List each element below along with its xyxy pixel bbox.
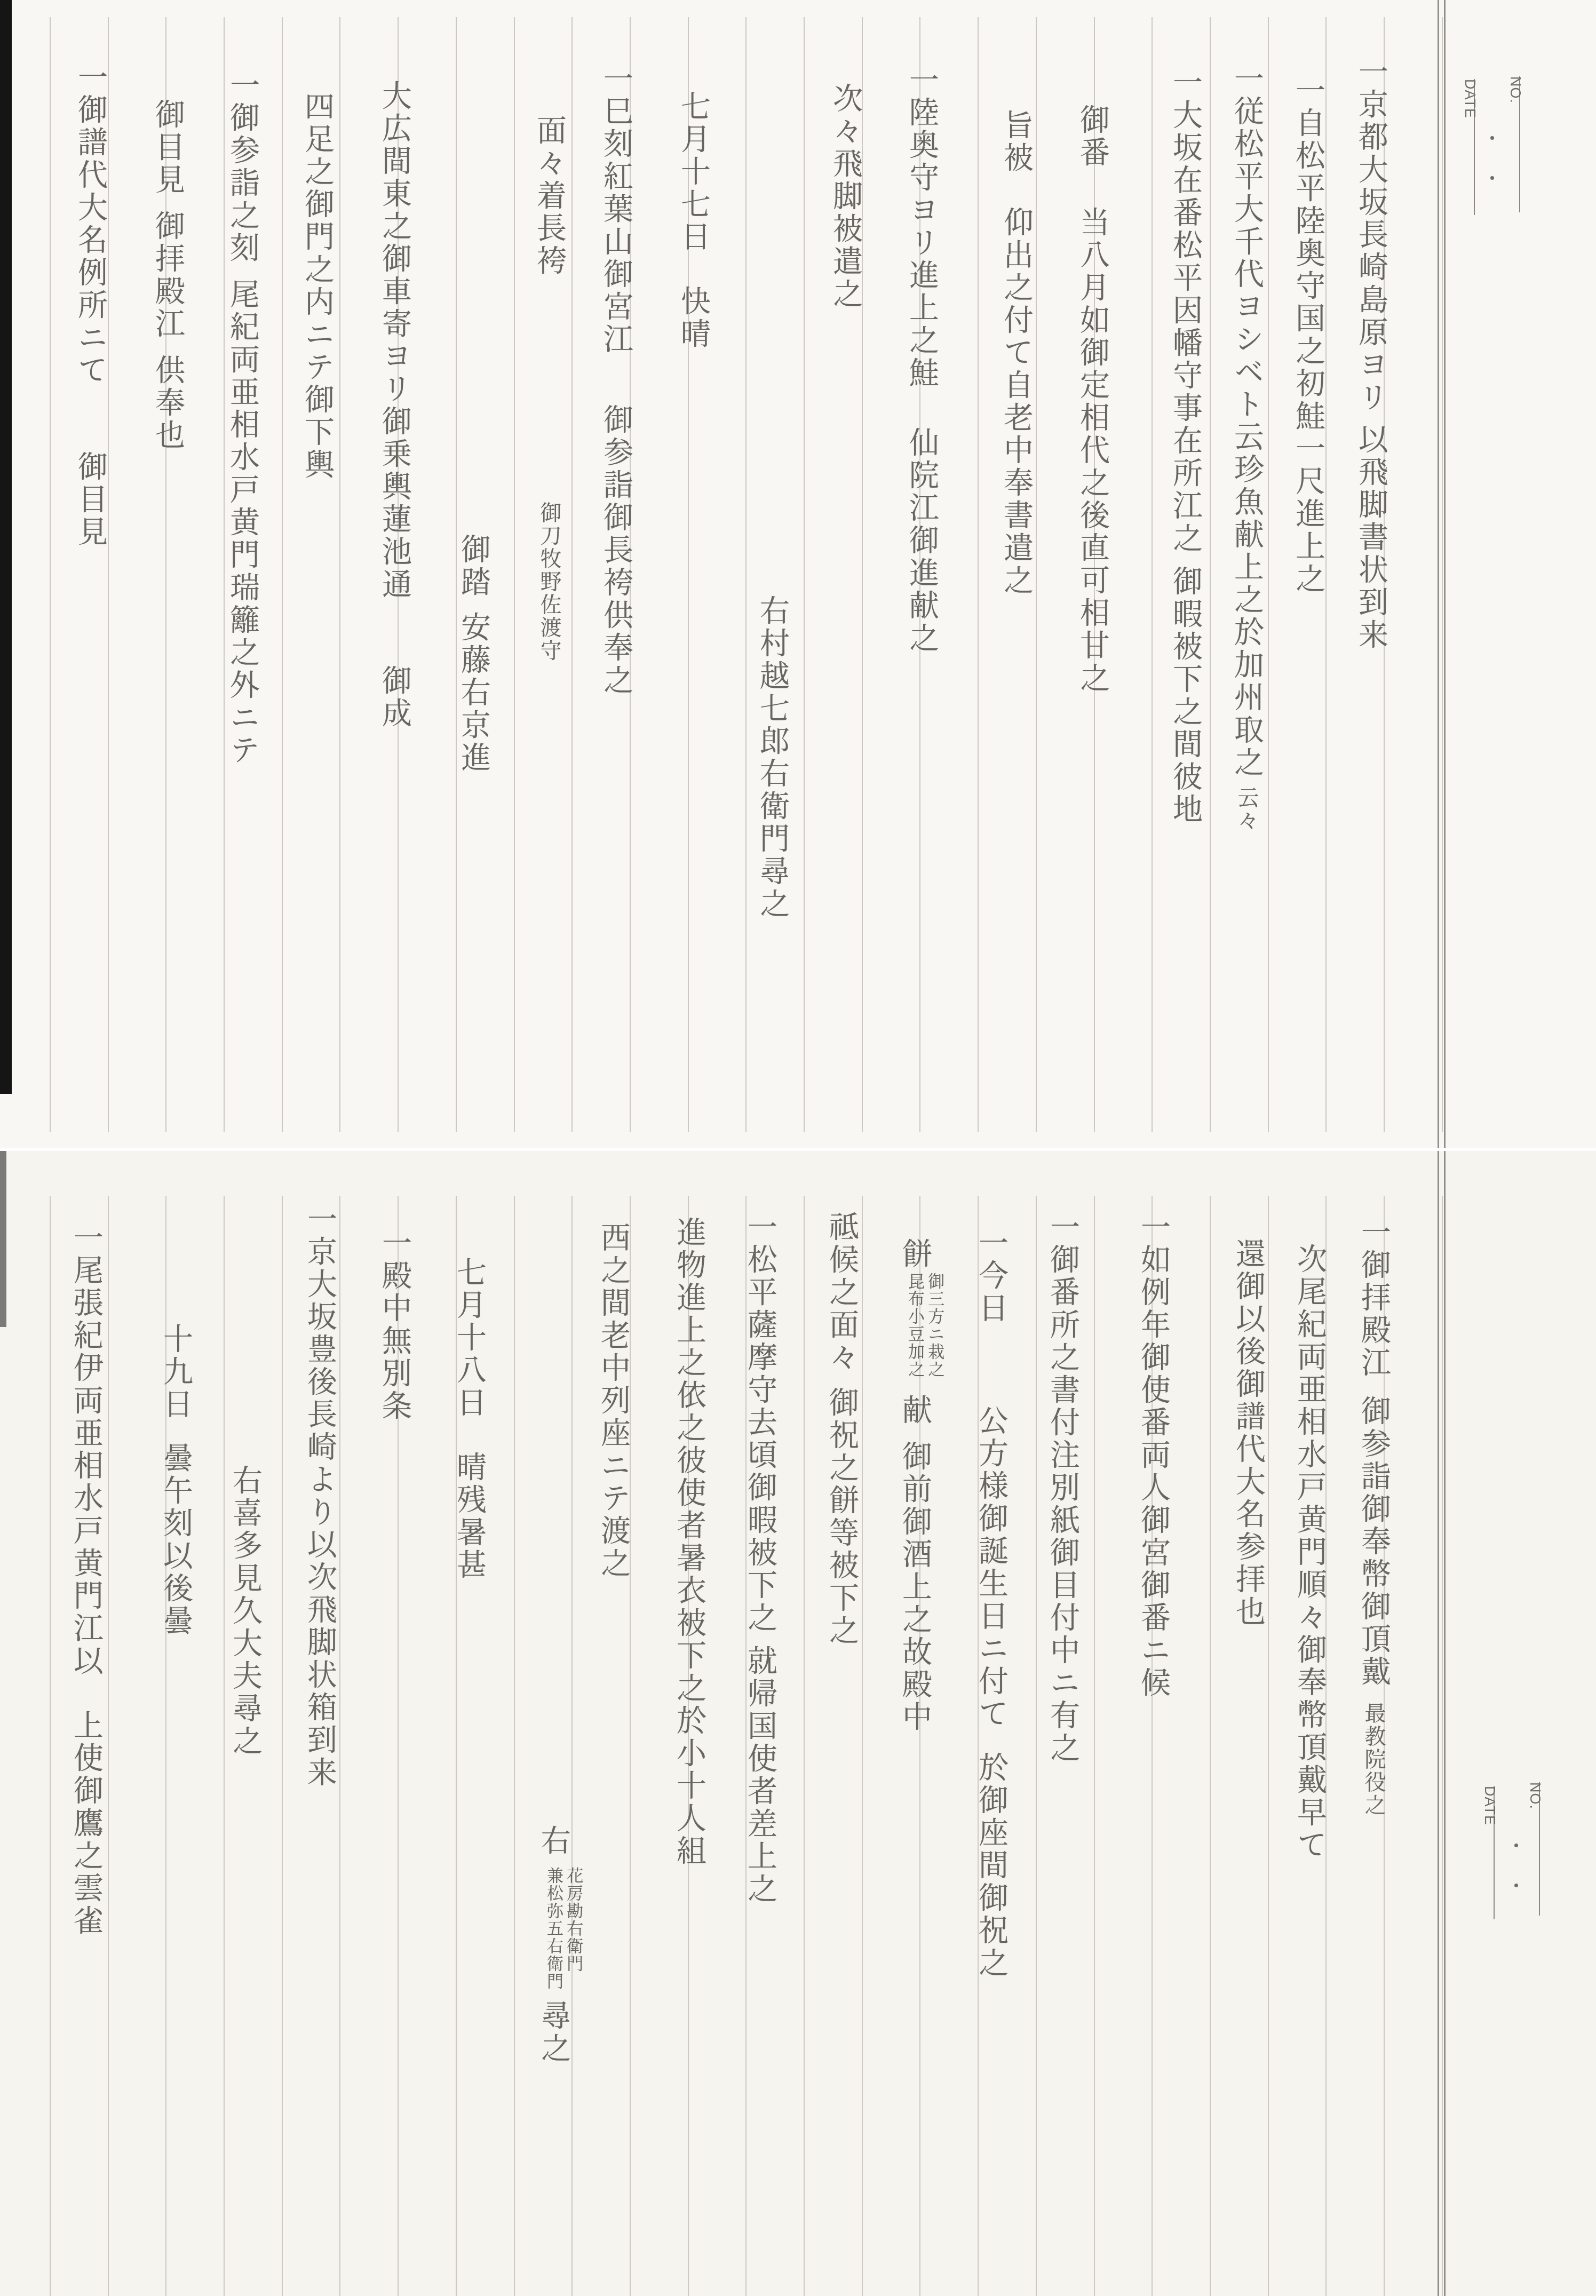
text-gap bbox=[85, 1678, 86, 1710]
manuscript-column: 七月十八日晴残暑甚 bbox=[450, 1257, 488, 1582]
text-run: 一松平薩摩守去頃御暇被下之 bbox=[743, 1211, 777, 1634]
text-run: 祗候之面々 bbox=[824, 1211, 859, 1374]
text-run: 一陸奥守ヨリ進上之鮭 bbox=[904, 64, 939, 390]
text-run: 御踏 bbox=[456, 534, 491, 599]
text-gap bbox=[990, 1730, 991, 1752]
text-run: 以飛脚書状到来 bbox=[1354, 424, 1388, 652]
text-run: 右 bbox=[536, 1825, 571, 1857]
text-gap bbox=[553, 1992, 554, 2000]
text-gap bbox=[167, 340, 168, 354]
text-gap bbox=[175, 1421, 176, 1442]
text-run: 七月十七日 bbox=[676, 91, 711, 253]
manuscript-column: 一御譜代大名例所ニて御目見 bbox=[72, 61, 109, 549]
text-run: 大広間東之御車寄ヨリ御乗輿蓮池通 bbox=[377, 80, 412, 601]
manuscript-column: 一京都大坂長崎島原ヨリ以飛脚書状到来 bbox=[1352, 56, 1389, 652]
note-line: 御三方ニ栽之 bbox=[924, 1273, 944, 1378]
text-run: 云々 bbox=[1234, 786, 1259, 832]
text-run: 一自松平陸奥守国之初鮭一尺進上之 bbox=[1291, 75, 1325, 595]
text-run: 御成 bbox=[377, 665, 412, 730]
inline-double-line-note: 御三方ニ栽之昆布小豆加之 bbox=[904, 1273, 944, 1378]
text-run: 曇午刻以後曇 bbox=[158, 1442, 193, 1638]
text-run: 就帰国使者差上之 bbox=[743, 1645, 777, 1905]
text-run: 御拝殿江 bbox=[150, 210, 185, 340]
scan-edge-strip bbox=[0, 0, 12, 1094]
text-run: 餅 bbox=[898, 1238, 932, 1270]
manuscript-column: 一御参詣之刻尾紀両亜相水戸黄門瑞籬之外ニテ bbox=[224, 69, 261, 767]
text-run: 御暇被下之間彼地 bbox=[1168, 566, 1203, 826]
manuscript-column: 御踏安藤右京進 bbox=[455, 534, 492, 774]
scanned-manuscript-sheet: NO. DATE NO. DATE 一京都大坂長崎島原ヨリ以飛脚書状到来一自松平… bbox=[0, 0, 1596, 2296]
text-run: 右村越七郎右衛門尋之 bbox=[755, 595, 790, 920]
manuscript-column: 大広間東之御車寄ヨリ御乗輿蓮池通御成 bbox=[376, 80, 413, 730]
text-run: 七月十八日 bbox=[452, 1257, 487, 1419]
text-run: 一殿中無別条 bbox=[377, 1227, 412, 1423]
text-gap bbox=[615, 356, 616, 404]
manuscript-column: 御番当八月如御定相代之後直可相甘之 bbox=[1074, 104, 1111, 695]
text-run: 一従松平大千代ヨシベト云珍魚献上之於加州取之 bbox=[1229, 63, 1264, 779]
text-run: 一御譜代大名例所ニて bbox=[73, 61, 108, 387]
text-run: 献 bbox=[898, 1394, 932, 1427]
manuscript-column: 餅御三方ニ栽之昆布小豆加之献御前御酒上之故殿中 bbox=[896, 1238, 944, 1734]
text-run: 西之間老中列座ニテ渡之 bbox=[596, 1222, 631, 1580]
text-gap bbox=[693, 253, 694, 285]
text-run: 御目見 bbox=[150, 99, 185, 196]
note-line: 昆布小豆加之 bbox=[904, 1273, 924, 1378]
date-separator-dot bbox=[1514, 1884, 1518, 1887]
text-gap bbox=[1185, 555, 1186, 566]
date-label: DATE bbox=[1481, 1786, 1498, 1825]
date-separator-dot bbox=[1490, 176, 1494, 180]
text-gap bbox=[990, 1325, 991, 1405]
text-run: 面々着長袴 bbox=[532, 115, 567, 277]
text-gap bbox=[553, 1857, 554, 1865]
text-run: 一如例年御使番両人御宮御番ニ候 bbox=[1136, 1211, 1171, 1699]
text-run: 還御以後御譜代大名参拝也 bbox=[1231, 1238, 1266, 1628]
text-run: 一御参詣之刻 bbox=[225, 69, 260, 265]
manuscript-column: 旨被仰出之付て自老中奉書遣之 bbox=[997, 109, 1035, 597]
text-run: 進物進上之依之彼使者暑衣被下之於小十人組 bbox=[672, 1217, 706, 1868]
text-run: 尋之 bbox=[536, 2000, 571, 2065]
text-gap bbox=[242, 265, 243, 279]
text-run: 一今日 bbox=[974, 1227, 1009, 1325]
text-gap bbox=[914, 1427, 915, 1441]
manuscript-column: 右喜多見久大夫尋之 bbox=[226, 1465, 264, 1758]
manuscript-column: 次尾紀両亜相水戸黄門順々御奉幣頂戴早て bbox=[1291, 1243, 1328, 1862]
text-run: 一尾張紀伊両亜相水戸黄門江以 bbox=[69, 1222, 104, 1678]
manuscript-column: 一京大坂豊後長崎より以次飛脚状箱到来 bbox=[301, 1203, 338, 1789]
text-run: 一巳刻紅葉山御宮江 bbox=[599, 63, 633, 356]
manuscript-column: 一陸奥守ヨリ進上之鮭仙院江御進献之 bbox=[903, 64, 940, 655]
margin-double-line bbox=[1438, 0, 1446, 1148]
no-label: NO. bbox=[1507, 76, 1523, 104]
text-gap bbox=[167, 196, 168, 210]
date-label: DATE bbox=[1462, 79, 1478, 118]
text-run: 四足之御門之内ニテ御下輿 bbox=[300, 91, 335, 481]
manuscript-column: 四足之御門之内ニテ御下輿 bbox=[298, 91, 336, 481]
manuscript-column: 面々着長袴御刀牧野佐渡守 bbox=[530, 115, 568, 662]
date-separator-dot bbox=[1490, 136, 1494, 140]
manuscript-column: 七月十七日快晴 bbox=[674, 91, 712, 351]
text-gap bbox=[914, 1380, 915, 1394]
manuscript-column: 一如例年御使番両人御宮御番ニ候 bbox=[1134, 1211, 1172, 1699]
date-separator-dot bbox=[1514, 1844, 1518, 1847]
text-run: 御刀牧野佐渡守 bbox=[537, 502, 561, 662]
text-run: 公方様御誕生日ニ付て bbox=[974, 1405, 1009, 1730]
text-run: 右喜多見久大夫尋之 bbox=[228, 1465, 263, 1758]
text-run: 上使御鷹之雲雀 bbox=[69, 1710, 104, 1937]
text-run: 次々飛脚被遣之 bbox=[828, 83, 863, 311]
text-run: 快晴 bbox=[676, 285, 711, 351]
manuscript-column: 一従松平大千代ヨシベト云珍魚献上之於加州取之云々 bbox=[1228, 63, 1265, 832]
text-run: 御番 bbox=[1075, 104, 1110, 169]
manuscript-column: 進物進上之依之彼使者暑衣被下之於小十人組 bbox=[670, 1217, 708, 1868]
text-gap bbox=[841, 1374, 842, 1387]
manuscript-column: 一今日公方様御誕生日ニ付て於御座間御祝之 bbox=[972, 1227, 1010, 1980]
text-run: 御参詣御奉幣御頂戴 bbox=[1356, 1395, 1391, 1688]
margin-double-line bbox=[1438, 1151, 1446, 2296]
note-line: 兼松弥五右衛門 bbox=[543, 1867, 563, 1990]
text-run: 最教院役之 bbox=[1361, 1702, 1386, 1817]
text-run: 於御座間御祝之 bbox=[974, 1752, 1009, 1980]
manuscript-column: 祗候之面々御祝之餅等被下之 bbox=[823, 1211, 860, 1647]
text-gap bbox=[473, 599, 474, 611]
text-gap bbox=[1015, 174, 1017, 206]
text-run: 旨被 bbox=[999, 109, 1034, 174]
text-run: 御祝之餅等被下之 bbox=[824, 1387, 859, 1647]
manuscript-column: 一尾張紀伊両亜相水戸黄門江以上使御鷹之雲雀 bbox=[67, 1222, 105, 1937]
manuscript-column: 一自松平陸奥守国之初鮭一尺進上之 bbox=[1289, 75, 1327, 595]
manuscript-column: 一殿中無別条 bbox=[376, 1227, 413, 1423]
manuscript-column: 一大坂在番松平因幡守事在所江之御暇被下之間彼地 bbox=[1166, 67, 1204, 826]
text-run: 尾紀両亜相水戸黄門瑞籬之外ニテ bbox=[225, 279, 260, 767]
text-gap bbox=[759, 1634, 760, 1645]
text-gap bbox=[1092, 169, 1093, 206]
text-run: 供奉也 bbox=[150, 354, 185, 452]
manuscript-column: 次々飛脚被遣之 bbox=[827, 83, 864, 311]
text-run: 御目見 bbox=[73, 451, 108, 549]
text-gap bbox=[921, 390, 922, 427]
manuscript-column: 御目見御拝殿江供奉也 bbox=[149, 99, 186, 452]
text-run: 一京都大坂長崎島原ヨリ bbox=[1354, 56, 1388, 414]
text-run: 御参詣御長袴供奉之 bbox=[599, 404, 633, 697]
manuscript-column: 還御以後御譜代大名参拝也 bbox=[1229, 1238, 1267, 1628]
text-gap bbox=[549, 277, 550, 502]
manuscript-column: 西之間老中列座ニテ渡之 bbox=[594, 1222, 632, 1580]
no-label: NO. bbox=[1527, 1782, 1543, 1809]
manuscript-column: 右村越七郎右衛門尋之 bbox=[753, 595, 791, 920]
manuscript-column: 十九日曇午刻以後曇 bbox=[157, 1323, 194, 1638]
text-run: 仰出之付て自老中奉書遣之 bbox=[999, 206, 1034, 597]
manuscript-column: 一御番所之書付注別紙御目付中ニ有之 bbox=[1044, 1211, 1081, 1765]
text-run: 一京大坂豊後長崎より以次飛脚状箱到来 bbox=[303, 1203, 337, 1789]
text-run: 御前御酒上之故殿中 bbox=[898, 1441, 932, 1734]
text-gap bbox=[469, 1419, 470, 1451]
text-run: 晴残暑甚 bbox=[452, 1451, 487, 1582]
text-run: 仙院江御進献之 bbox=[904, 427, 939, 655]
text-run: 一御番所之書付注別紙御目付中ニ有之 bbox=[1045, 1211, 1080, 1765]
note-line: 花房勘右衛門 bbox=[563, 1867, 583, 1990]
manuscript-column: 一松平薩摩守去頃御暇被下之就帰国使者差上之 bbox=[741, 1211, 779, 1905]
text-gap bbox=[1370, 414, 1371, 424]
text-run: 当八月如御定相代之後直可相甘之 bbox=[1075, 206, 1110, 695]
manuscript-column: 一巳刻紅葉山御宮江御参詣御長袴供奉之 bbox=[597, 63, 634, 697]
manuscript-column: 右花房勘右衛門兼松弥五右衛門尋之 bbox=[535, 1825, 583, 2065]
text-run: 一大坂在番松平因幡守事在所江之 bbox=[1168, 67, 1203, 555]
text-run: 十九日 bbox=[158, 1323, 193, 1421]
text-gap bbox=[1246, 779, 1247, 786]
text-run: 一御拝殿江 bbox=[1356, 1217, 1391, 1379]
inline-double-line-note: 花房勘右衛門兼松弥五右衛門 bbox=[543, 1867, 583, 1990]
text-gap bbox=[394, 601, 395, 665]
scan-edge-strip bbox=[0, 1151, 6, 1327]
text-run: 安藤右京進 bbox=[456, 611, 491, 774]
text-gap bbox=[1373, 1379, 1374, 1395]
text-gap bbox=[90, 387, 91, 451]
manuscript-column: 一御拝殿江御参詣御奉幣御頂戴最教院役之 bbox=[1355, 1217, 1392, 1817]
text-run: 次尾紀両亜相水戸黄門順々御奉幣頂戴早て bbox=[1292, 1243, 1327, 1862]
text-gap bbox=[1373, 1688, 1374, 1702]
